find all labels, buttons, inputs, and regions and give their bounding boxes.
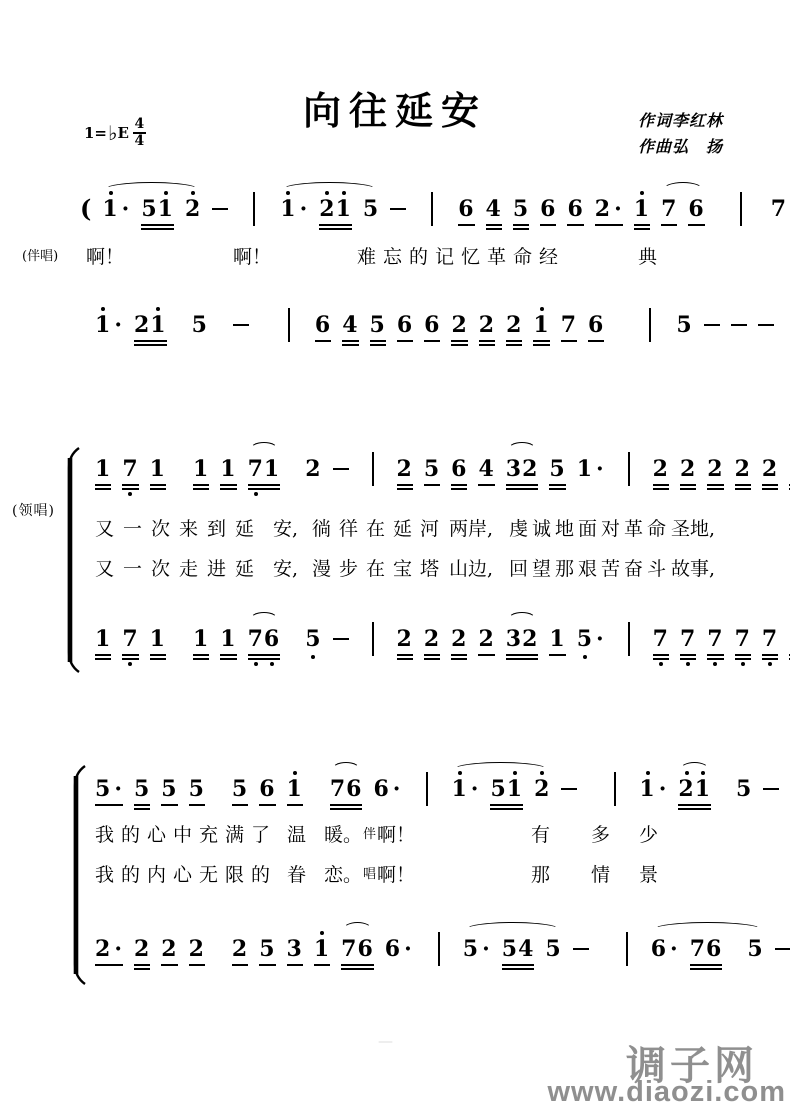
note-token: 76	[690, 936, 723, 966]
note-token: 2	[451, 626, 467, 656]
note-token: 76	[341, 936, 374, 966]
lyric-segment: 典	[638, 242, 657, 269]
note-token: 2·	[595, 196, 623, 226]
note-token: 1	[150, 456, 166, 486]
note-token: 21	[319, 196, 352, 226]
note-token: 5	[305, 626, 321, 652]
lyric-segment: 伴	[363, 823, 376, 842]
dash-note	[775, 948, 790, 950]
note-token: 6	[567, 196, 583, 226]
note-char: 2	[185, 196, 201, 222]
note-token: 5	[676, 312, 692, 338]
barline	[628, 622, 630, 656]
slur-group: 1·215	[280, 196, 379, 226]
augmentation-dot: ·	[670, 936, 679, 962]
dash-note	[561, 788, 577, 790]
barline	[431, 192, 433, 226]
note-char: 7	[561, 312, 577, 338]
note-char: 2	[479, 312, 495, 338]
note-token: 6	[397, 312, 413, 342]
note-char: 6	[458, 196, 474, 222]
note-char: 2	[232, 936, 248, 962]
note-char: 1	[95, 312, 111, 338]
note-token: 5	[189, 776, 205, 806]
key-signature: 1=♭E 4 4	[84, 118, 146, 148]
augmentation-dot: ·	[404, 936, 413, 962]
dash-note	[390, 208, 406, 210]
note-char: 6	[385, 936, 401, 962]
note-char: 2	[397, 456, 413, 482]
lyric-segment: 有	[531, 820, 550, 847]
note-token: 2	[451, 312, 467, 342]
paren: (	[80, 196, 91, 222]
note-token: 1	[95, 626, 111, 656]
lyric-segment: 少	[639, 820, 658, 847]
note-token: 5·	[95, 776, 123, 806]
note-char: 5	[747, 936, 763, 962]
barline	[649, 308, 651, 342]
note-char: 1	[220, 456, 236, 482]
note-char: 5	[141, 196, 157, 222]
note-char: 4	[486, 196, 502, 222]
lyric-segment: 两岸,	[449, 514, 493, 541]
note-char: 1	[150, 312, 166, 338]
dash-note	[763, 788, 779, 790]
lyric-segment: 温	[287, 820, 306, 847]
note-char: 1	[577, 456, 593, 482]
note-token: 6	[688, 196, 704, 226]
dash-note	[333, 638, 349, 640]
note-char: 6	[540, 196, 556, 222]
note-char: 2	[680, 456, 696, 482]
note-char: 2	[534, 776, 550, 802]
augmentation-dot: ·	[393, 776, 402, 802]
note-token: 21	[678, 776, 711, 806]
key-note: E	[117, 124, 128, 142]
barline	[288, 308, 290, 342]
note-char: 7	[248, 626, 264, 652]
note-char: 1	[95, 456, 111, 482]
note-token: 5	[232, 776, 248, 806]
note-token: 5	[370, 312, 386, 342]
barline	[438, 932, 440, 966]
slur-group: 76	[330, 776, 363, 806]
note-char: 2	[595, 196, 611, 222]
note-token: 1·	[639, 776, 667, 802]
note-token: 21	[134, 312, 167, 342]
lyric-segment: (伴唱)	[22, 245, 58, 264]
accomp-line-1: (1·5121·215645662·1767	[80, 196, 742, 240]
note-token: 5	[134, 776, 150, 806]
slur-group: 21	[678, 776, 711, 806]
note-char: 6	[373, 776, 389, 802]
note-token: 2	[506, 312, 522, 342]
note-token: 6	[588, 312, 604, 342]
slur-group: 1·512	[102, 196, 201, 226]
note-token: 6·	[373, 776, 401, 802]
note-char: 1	[193, 456, 209, 482]
note-char: 2	[678, 776, 694, 802]
barline	[372, 452, 374, 486]
note-token: 7	[661, 196, 677, 226]
lyric-segment: 徜徉在延河	[312, 514, 447, 541]
dash-note	[704, 324, 720, 326]
lyric-row-accomp: (伴唱)啊！啊！难忘的记忆革命经典	[0, 242, 790, 268]
note-token: 5	[549, 456, 565, 486]
note-token: 2	[762, 456, 778, 486]
slur-group: 6·765	[651, 936, 764, 966]
note-token: 7	[680, 626, 696, 656]
lyric-segment: 我的内心无限的	[95, 860, 277, 887]
note-token: 6	[458, 196, 474, 226]
note-char: 5	[259, 936, 275, 962]
note-char: 2	[522, 626, 538, 652]
note-token: 1	[95, 456, 111, 486]
lyric-segment: 漫步在宝塔	[312, 554, 447, 581]
note-token: 2	[185, 196, 201, 222]
note-token: 76	[248, 626, 281, 656]
note-char: 3	[506, 456, 522, 482]
lyric-segment: 情	[591, 860, 610, 887]
note-char: 2	[762, 456, 778, 482]
note-char: 6	[706, 936, 722, 962]
note-token: 2	[534, 776, 550, 802]
lyric-segment: 故事,	[671, 554, 715, 581]
note-char: 1	[533, 312, 549, 338]
note-char: 1	[95, 626, 111, 652]
note-char: 1	[264, 456, 280, 482]
credits: 作词李红林 作曲弘 扬	[638, 108, 723, 160]
note-token: 7	[735, 626, 751, 656]
note-token: 3	[287, 936, 303, 966]
duet-line-2: 2·2222531766·5·5456·765	[95, 936, 742, 980]
meter-denominator: 4	[135, 135, 145, 148]
augmentation-dot: ·	[596, 626, 605, 652]
duet-line-1: 5·555561766·1·5121·215	[95, 776, 742, 820]
lyric-row-duet-a: 我的心中充满了温暖。伴啊！有多少	[0, 820, 790, 846]
note-token: 7	[653, 626, 669, 656]
note-token: 5	[736, 776, 752, 802]
lyric-segment: 山边,	[449, 554, 493, 581]
note-char: 5	[549, 456, 565, 482]
note-char: 6	[567, 196, 583, 222]
dash-note	[573, 948, 589, 950]
time-signature: 4 4	[133, 118, 146, 148]
note-token: 32	[506, 626, 539, 656]
lyric-segment: 啊！	[233, 242, 271, 269]
note-char: 2	[424, 626, 440, 652]
note-char: 7	[680, 626, 696, 652]
note-char: 6	[397, 312, 413, 338]
note-token: 1	[533, 312, 549, 342]
note-char: 6	[424, 312, 440, 338]
flat-icon: ♭	[108, 121, 117, 145]
note-char: 7	[661, 196, 677, 222]
lyric-segment: 恋。	[324, 860, 362, 887]
note-token: 51	[141, 196, 174, 226]
note-char: 6	[259, 776, 275, 802]
augmentation-dot: ·	[114, 312, 123, 338]
note-char: 7	[122, 626, 138, 652]
lyric-row-lead-b: 又一次走进延安,漫步在宝塔山边,回望那艰苦奋斗故事,	[0, 554, 790, 580]
note-token: 4	[478, 456, 494, 486]
note-char: 2	[397, 626, 413, 652]
note-char: 5	[463, 936, 479, 962]
note-char: 1	[336, 196, 352, 222]
note-char: 1	[287, 776, 303, 802]
slur-group: 32	[506, 456, 539, 486]
note-char: 5	[305, 626, 321, 652]
page-marker: —	[378, 1032, 396, 1050]
lyric-segment: 回望那艰苦奋斗	[509, 554, 670, 581]
barline	[614, 772, 616, 806]
note-char: 1	[158, 196, 174, 222]
note-char: 5	[189, 776, 205, 802]
lyric-segment: 多	[591, 820, 610, 847]
note-char: 2	[134, 936, 150, 962]
note-token: 6	[540, 196, 556, 226]
dash-note	[333, 468, 349, 470]
note-token: 7	[561, 312, 577, 342]
note-token: 5	[192, 312, 208, 338]
note-token: 2	[680, 456, 696, 486]
note-char: 7	[248, 456, 264, 482]
lyric-segment: 我的心中充满了	[95, 820, 277, 847]
lead-line-1: 1711171225643251·222221254·	[95, 456, 742, 500]
slur-group: 76	[341, 936, 374, 966]
note-token: 1	[193, 456, 209, 486]
note-token: 6	[315, 312, 331, 342]
lyric-segment: 啊！	[86, 242, 124, 269]
note-token: 7	[762, 626, 778, 656]
note-char: 2	[451, 312, 467, 338]
note-token: 2	[134, 936, 150, 966]
slur-group: 71	[248, 456, 281, 486]
note-token: 6·	[651, 936, 679, 962]
note-char: 2	[189, 936, 205, 962]
note-token: 4	[486, 196, 502, 226]
note-char: 1	[634, 196, 650, 222]
note-token: 2	[189, 936, 205, 966]
note-token: 2	[653, 456, 669, 486]
lyric-segment: 又一次来到延	[95, 514, 263, 541]
barline	[253, 192, 255, 226]
lyric-segment: 难忘的记忆革命经	[357, 242, 565, 269]
note-char: 1	[507, 776, 523, 802]
note-char: 1	[102, 196, 118, 222]
note-token: 5·	[577, 626, 605, 652]
note-char: 1	[639, 776, 655, 802]
note-char: 4	[342, 312, 358, 338]
note-char: 5	[192, 312, 208, 338]
note-char: 7	[707, 626, 723, 652]
note-char: 7	[735, 626, 751, 652]
note-token: 2·	[95, 936, 123, 966]
note-token: 5	[424, 456, 440, 486]
note-token: 2	[305, 456, 321, 482]
note-char: 7	[341, 936, 357, 962]
note-char: 7	[762, 626, 778, 652]
barline	[372, 622, 374, 656]
note-char: 1	[150, 626, 166, 652]
lyric-segment: 景	[639, 860, 658, 887]
note-token: 6	[259, 776, 275, 806]
note-token: 2	[707, 456, 723, 486]
note-char: 2	[506, 312, 522, 338]
note-char: 5	[370, 312, 386, 338]
augmentation-dot: ·	[114, 936, 123, 962]
note-char: 2	[735, 456, 751, 482]
note-char: 7	[330, 776, 346, 802]
note-char: 6	[588, 312, 604, 338]
note-token: 1	[150, 626, 166, 656]
lyric-segment: 安,	[273, 514, 298, 541]
accomp-line-2: 1·215645662221765)	[95, 312, 742, 356]
note-token: 7	[771, 196, 787, 222]
note-char: 5	[676, 312, 692, 338]
lyric-segment: 安,	[273, 554, 298, 581]
note-token: 6·	[385, 936, 413, 962]
lead-line-2: 1711176522223215·777776721·	[95, 626, 742, 670]
key-prefix: 1=	[84, 124, 107, 142]
note-char: 1	[193, 626, 209, 652]
watermark-site-url: www.diaozi.com	[547, 1076, 786, 1109]
note-char: 5	[232, 776, 248, 802]
dash-note	[212, 208, 228, 210]
note-token: 54	[502, 936, 535, 966]
note-token: 32	[506, 456, 539, 486]
lyric-segment: 圣地,	[671, 514, 715, 541]
note-char: 2	[653, 456, 669, 482]
note-char: 2	[451, 626, 467, 652]
note-char: 4	[478, 456, 494, 482]
note-token: 1	[549, 626, 565, 656]
note-token: 5	[747, 936, 763, 962]
lyric-row-duet-b: 我的内心无限的眷恋。唱啊！那情景	[0, 860, 790, 886]
note-token: 1	[314, 936, 330, 966]
note-char: 6	[357, 936, 373, 962]
note-char: 5	[490, 776, 506, 802]
slur-group: 1·512	[451, 776, 550, 806]
note-char: 6	[651, 936, 667, 962]
augmentation-dot: ·	[122, 196, 131, 222]
augmentation-dot: ·	[482, 936, 491, 962]
note-token: 6	[451, 456, 467, 486]
note-char: 4	[518, 936, 534, 962]
note-token: 1	[220, 456, 236, 486]
credit-composer: 作曲弘 扬	[638, 134, 723, 160]
lyric-segment: 虔诚地面对革命	[509, 514, 670, 541]
note-char: 5	[424, 456, 440, 482]
note-token: 1·	[95, 312, 123, 338]
note-char: 5	[736, 776, 752, 802]
note-char: 2	[95, 936, 111, 962]
augmentation-dot: ·	[614, 196, 623, 222]
note-char: 2	[478, 626, 494, 652]
slur-group: 5·545	[463, 936, 562, 966]
note-token: 1	[287, 776, 303, 806]
lyric-segment: 唱	[363, 863, 376, 882]
note-char: 5	[363, 196, 379, 222]
dash-note	[233, 324, 249, 326]
note-token: 1·	[102, 196, 130, 222]
note-char: 3	[287, 936, 303, 962]
note-token: 2	[478, 626, 494, 656]
note-token: 2	[397, 626, 413, 656]
note-token: 1·	[451, 776, 479, 802]
note-char: 2	[522, 456, 538, 482]
note-char: 6	[688, 196, 704, 222]
note-token: 5·	[463, 936, 491, 962]
augmentation-dot: ·	[114, 776, 123, 802]
note-char: 6	[264, 626, 280, 652]
note-char: 1	[451, 776, 467, 802]
credit-lyricist: 作词李红林	[638, 108, 723, 134]
barline	[626, 932, 628, 966]
note-char: 2	[305, 456, 321, 482]
lyric-segment: 又一次走进延	[95, 554, 263, 581]
note-char: 5	[502, 936, 518, 962]
barline	[628, 452, 630, 486]
lyric-row-lead-a: 又一次来到延安,徜徉在延河两岸,虔诚地面对革命圣地,	[0, 514, 790, 540]
slur-group: 76	[248, 626, 281, 656]
note-token: 2	[397, 456, 413, 486]
note-token: 7	[122, 456, 138, 486]
note-char: 2	[134, 312, 150, 338]
note-char: 6	[315, 312, 331, 338]
note-token: 5	[363, 196, 379, 222]
note-token: 1	[634, 196, 650, 226]
note-token: 7	[122, 626, 138, 656]
note-char: 5	[134, 776, 150, 802]
lyric-segment: 那	[531, 860, 550, 887]
augmentation-dot: ·	[659, 776, 668, 802]
note-char: 6	[451, 456, 467, 482]
note-char: 1	[220, 626, 236, 652]
slur-group: 32	[506, 626, 539, 656]
note-char: 2	[161, 936, 177, 962]
note-char: 5	[161, 776, 177, 802]
note-token: 2	[424, 626, 440, 656]
note-token: 51	[490, 776, 523, 806]
barline	[740, 192, 742, 226]
dash-note	[758, 324, 774, 326]
barline	[426, 772, 428, 806]
note-char: 5	[513, 196, 529, 222]
note-char: 2	[319, 196, 335, 222]
slur-group: 76	[661, 196, 705, 226]
note-token: 4	[342, 312, 358, 342]
note-char: 1	[314, 936, 330, 962]
note-char: 7	[771, 196, 787, 222]
note-token: 2	[735, 456, 751, 486]
note-token: 76	[330, 776, 363, 806]
note-token: 7	[707, 626, 723, 656]
dash-note	[731, 324, 747, 326]
note-char: 7	[122, 456, 138, 482]
note-char: 5	[545, 936, 561, 962]
note-token: 5	[513, 196, 529, 226]
note-char: 7	[653, 626, 669, 652]
note-token: 5	[259, 936, 275, 966]
augmentation-dot: ·	[596, 456, 605, 482]
note-token: 2	[232, 936, 248, 966]
note-token: 71	[248, 456, 281, 486]
score-page: 向往延安 1=♭E 4 4 作词李红林 作曲弘 扬 (领唱) (1·5121·2…	[0, 0, 790, 1119]
augmentation-dot: ·	[300, 196, 309, 222]
note-token: 1	[193, 626, 209, 656]
note-char: 3	[506, 626, 522, 652]
